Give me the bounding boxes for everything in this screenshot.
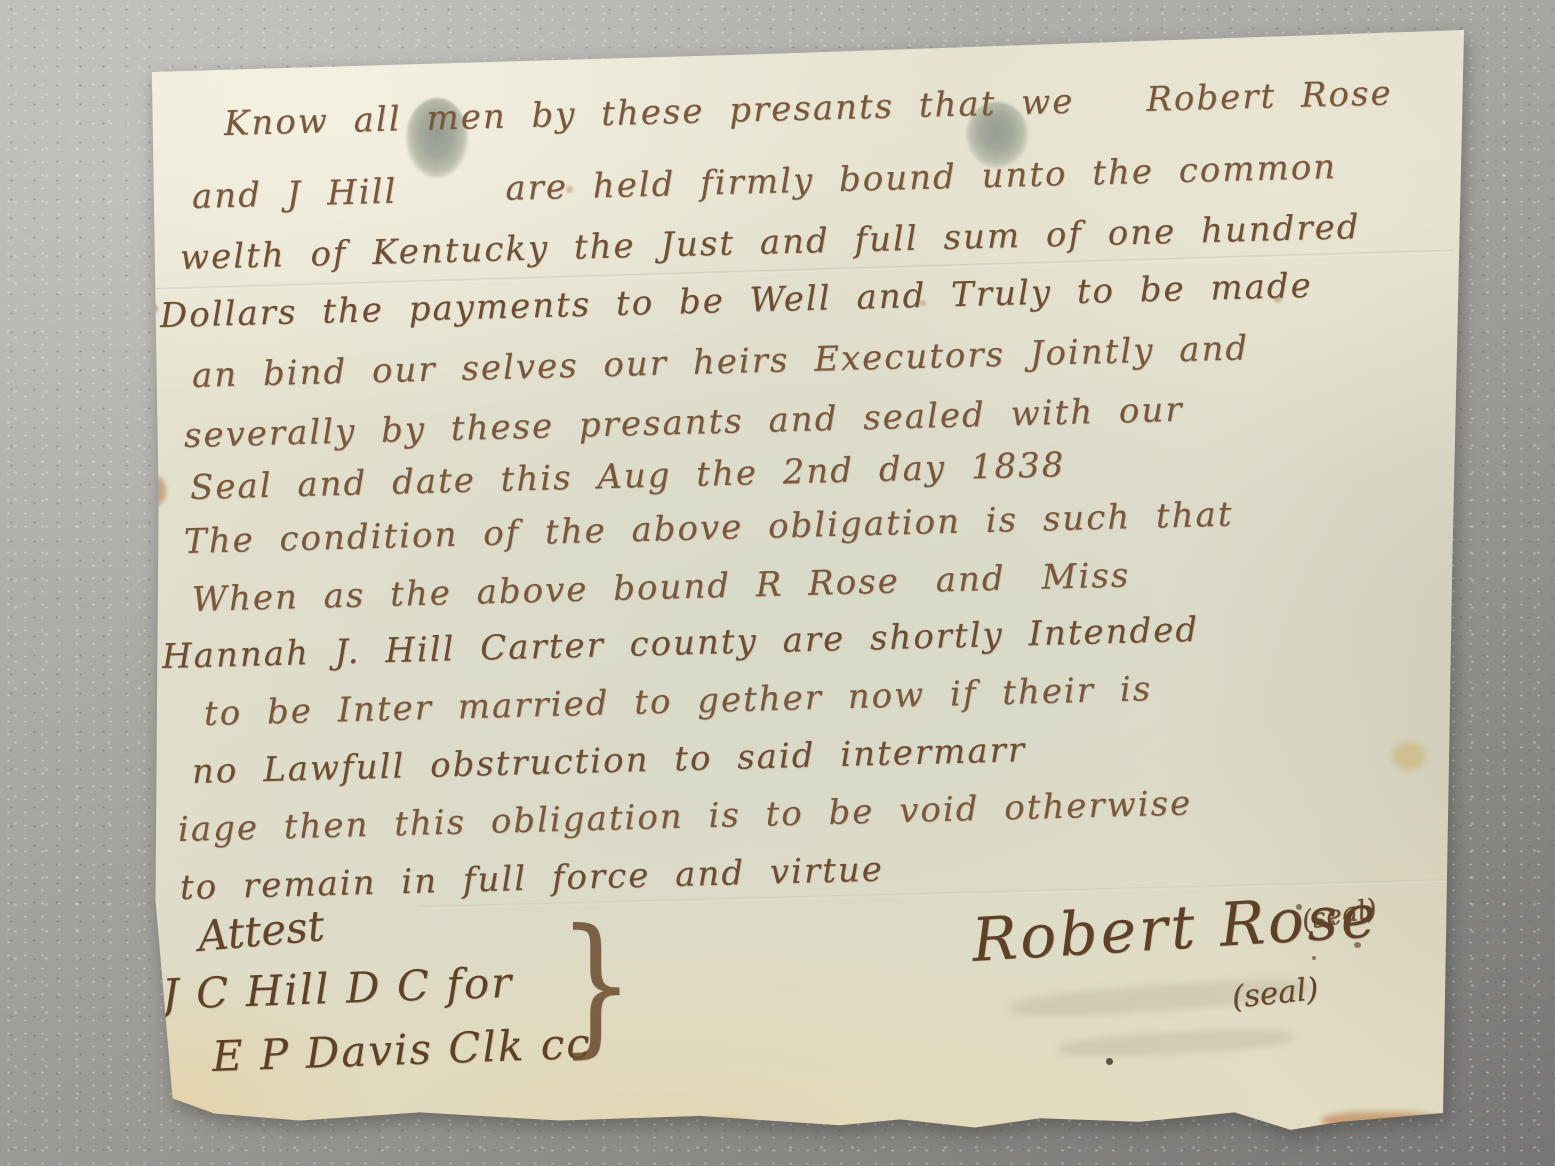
- manuscript-line: Dollars the payments to be Well and Trul…: [159, 266, 1313, 336]
- manuscript-line: When as the above bound R Rose and Miss: [191, 555, 1130, 620]
- ink-splatter: [1354, 942, 1361, 948]
- rust-dot-left-edge: [149, 304, 158, 313]
- manuscript-line: no Lawfull obstruction to said intermarr: [191, 730, 1026, 792]
- manuscript-line: Know all men by these presants that we R…: [223, 73, 1393, 144]
- rust-stain-left-edge: [146, 476, 166, 506]
- manuscript-line: an bind our selves our heirs Executors J…: [191, 328, 1249, 396]
- ink-bleed-through: [1058, 1026, 1294, 1060]
- attest-label: Attest: [196, 901, 326, 961]
- rust-stain-bottom-edge-2: [690, 1118, 750, 1130]
- rust-stain-bottom-edge: [1322, 1112, 1440, 1130]
- paper-shadow-wrap: Know all men by these presants that we R…: [0, 0, 1555, 1166]
- manuscript-line: Hannah J. Hill Carter county are shortly…: [161, 610, 1199, 677]
- attestation-brace: }: [558, 898, 634, 1072]
- manuscript-line: and J Hill are held firmly bound unto th…: [191, 147, 1337, 217]
- ink-splatter: [1296, 904, 1302, 910]
- dark-fleck: [1106, 1058, 1113, 1065]
- witness-signature-2: E P Davis Clk cc: [211, 1019, 592, 1081]
- witness-signature-1: J C Hill D C for: [161, 958, 514, 1019]
- photo-of-document: { "colors": { "background_surface": "#9d…: [0, 0, 1555, 1166]
- seal-annotation-2: (seal): [1230, 971, 1320, 1016]
- ink-splatter: [1330, 920, 1335, 925]
- manuscript-line: iage then this obligation is to be void …: [177, 783, 1192, 850]
- manuscript-line: to be Inter married to gether now if the…: [203, 669, 1152, 734]
- yellow-stain-right-edge: [1392, 742, 1426, 770]
- manuscript-paper: Know all men by these presants that we R…: [0, 0, 1555, 1166]
- ink-splatter: [1312, 956, 1316, 960]
- manuscript-line: Seal and date this Aug the 2nd day 1838: [189, 445, 1065, 508]
- manuscript-line: The condition of the above obligation is…: [183, 495, 1233, 562]
- manuscript-line: welth of Kentucky the Just and full sum …: [179, 207, 1361, 278]
